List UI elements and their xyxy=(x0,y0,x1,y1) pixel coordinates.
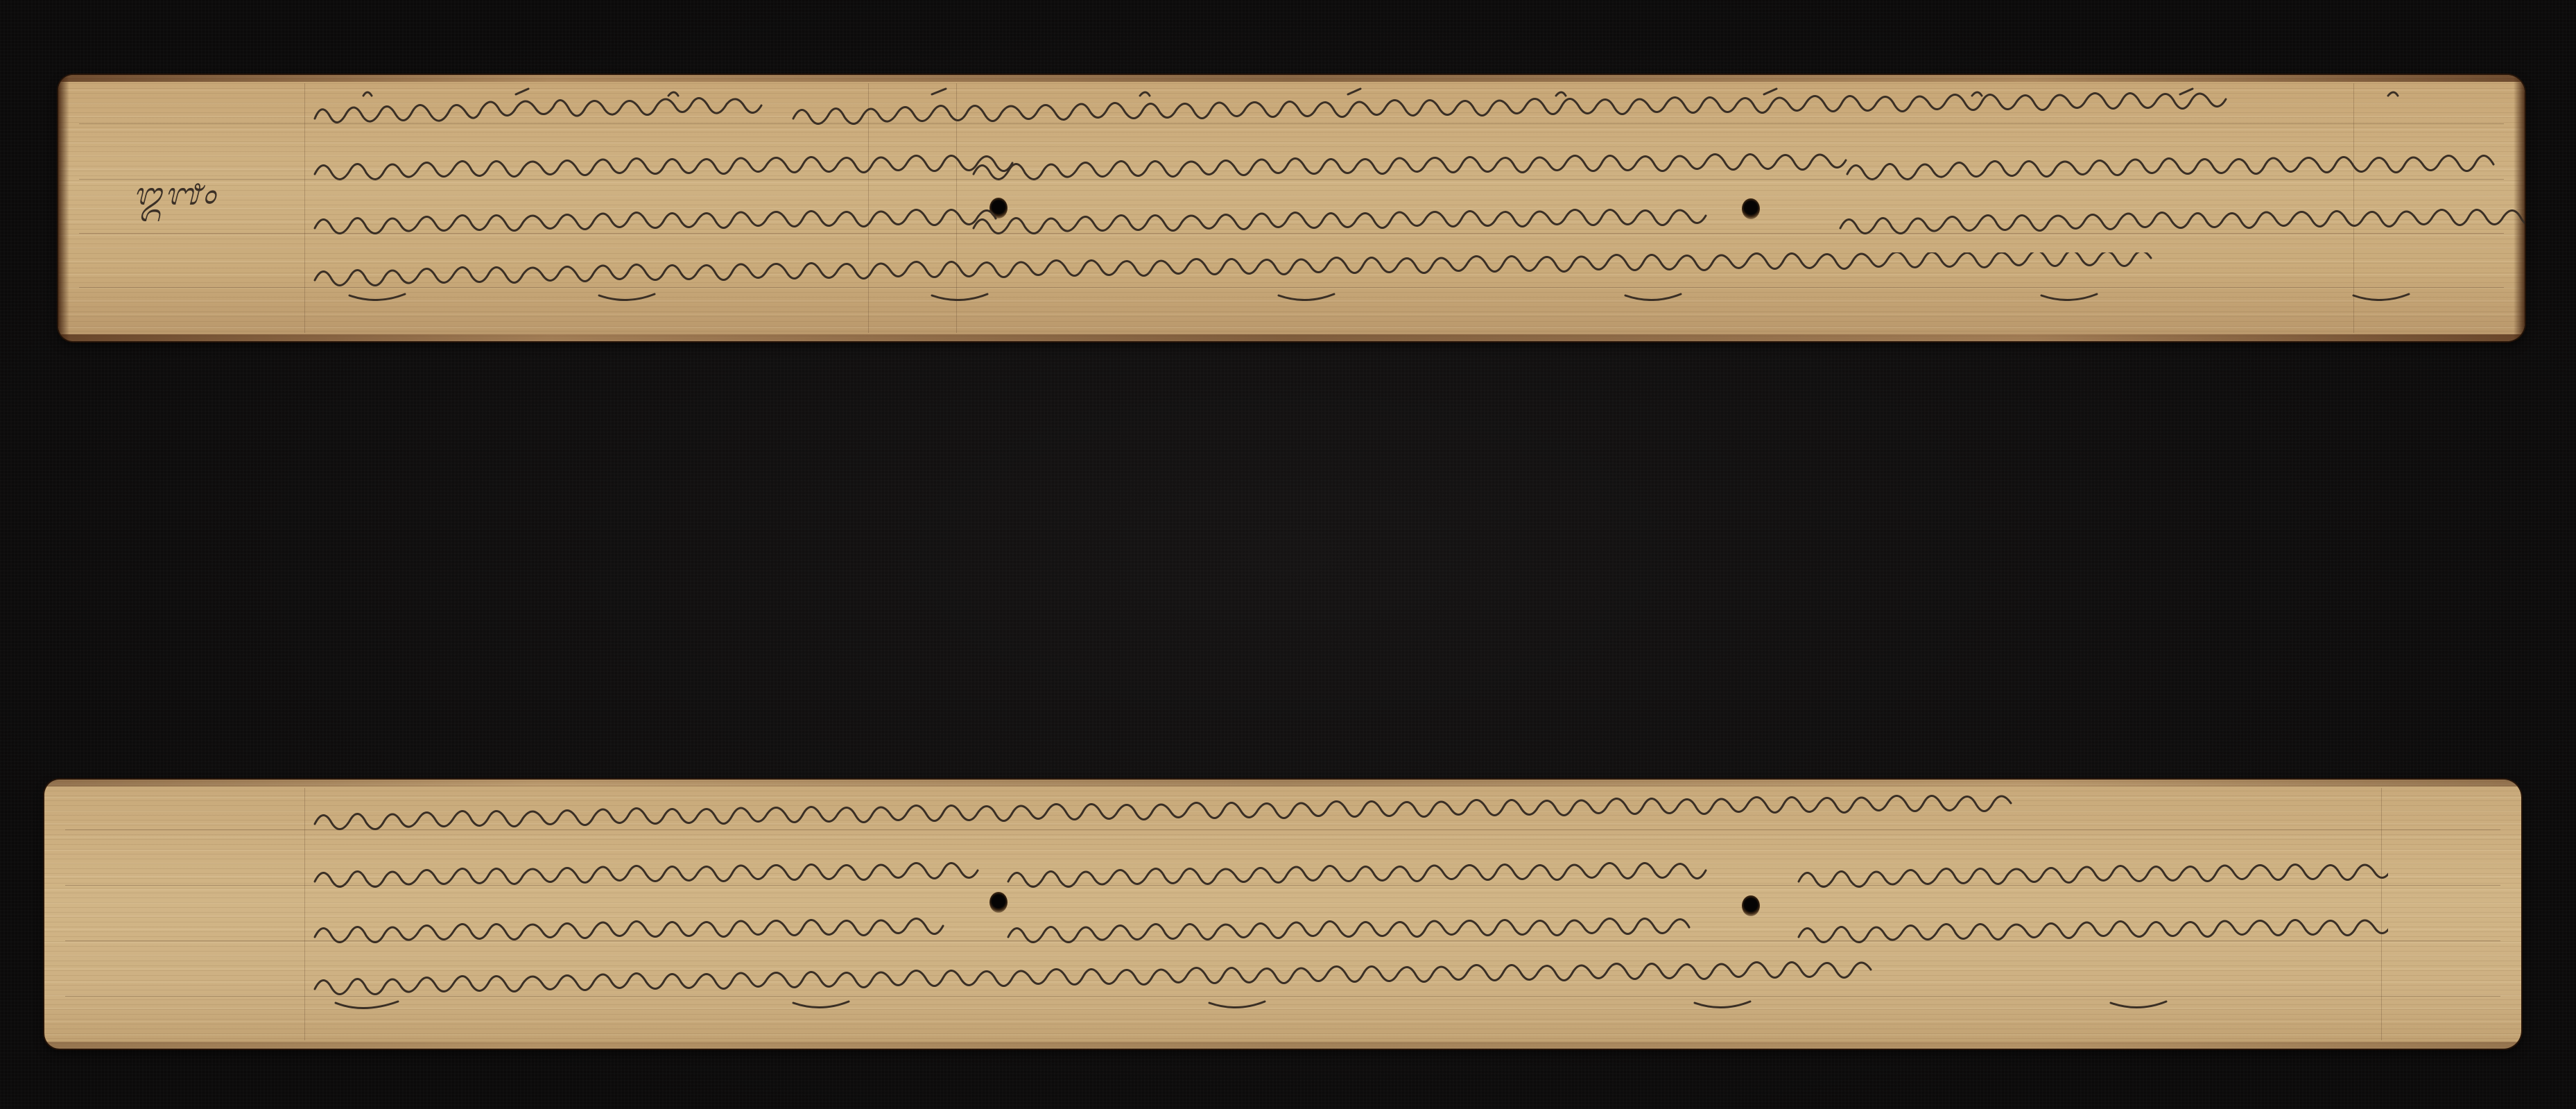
handwritten-script xyxy=(308,961,2388,1010)
script-line-4: Balinese script line 4 (full width) xyxy=(308,252,2525,301)
leaf-edge-left xyxy=(58,75,69,341)
handwritten-script xyxy=(308,906,2388,954)
margin-rule-left xyxy=(304,788,305,1040)
script-line-3: Balinese script line 3 (three column blo… xyxy=(308,906,2388,954)
script-line-1: Balinese script line 1 (full width) xyxy=(308,87,2525,136)
script-line-3: Balinese script line 3 (three column blo… xyxy=(308,197,2525,246)
script-line-2: Balinese script line 2 (three column blo… xyxy=(308,850,2388,899)
leaf-edge-top xyxy=(58,75,2525,82)
handwritten-script xyxy=(308,795,2388,843)
margin-rule-left xyxy=(304,83,305,333)
handwritten-script xyxy=(308,252,2525,301)
script-line-2: Balinese script line 2 (three column blo… xyxy=(308,143,2525,191)
script-line-1: Balinese script line 1 (full width) xyxy=(308,795,2388,843)
leaf-edge-bottom xyxy=(58,334,2525,341)
handwritten-script xyxy=(308,850,2388,899)
handwritten-script xyxy=(308,87,2525,136)
palm-leaf-bottom: Balinese script line 1 (full width) Bali… xyxy=(44,780,2521,1049)
leaf-edge-top xyxy=(44,780,2521,786)
leaf-page-number: ᭓᭑᭐ xyxy=(133,172,218,227)
script-line-4: Balinese script line 4 (full width) xyxy=(308,961,2388,1010)
leaf-edge-bottom xyxy=(44,1042,2521,1049)
palm-leaf-top: ᭓᭑᭐ Balinese script line 1 (full width) … xyxy=(58,75,2525,341)
handwritten-script xyxy=(308,197,2525,246)
handwritten-script xyxy=(308,143,2525,191)
